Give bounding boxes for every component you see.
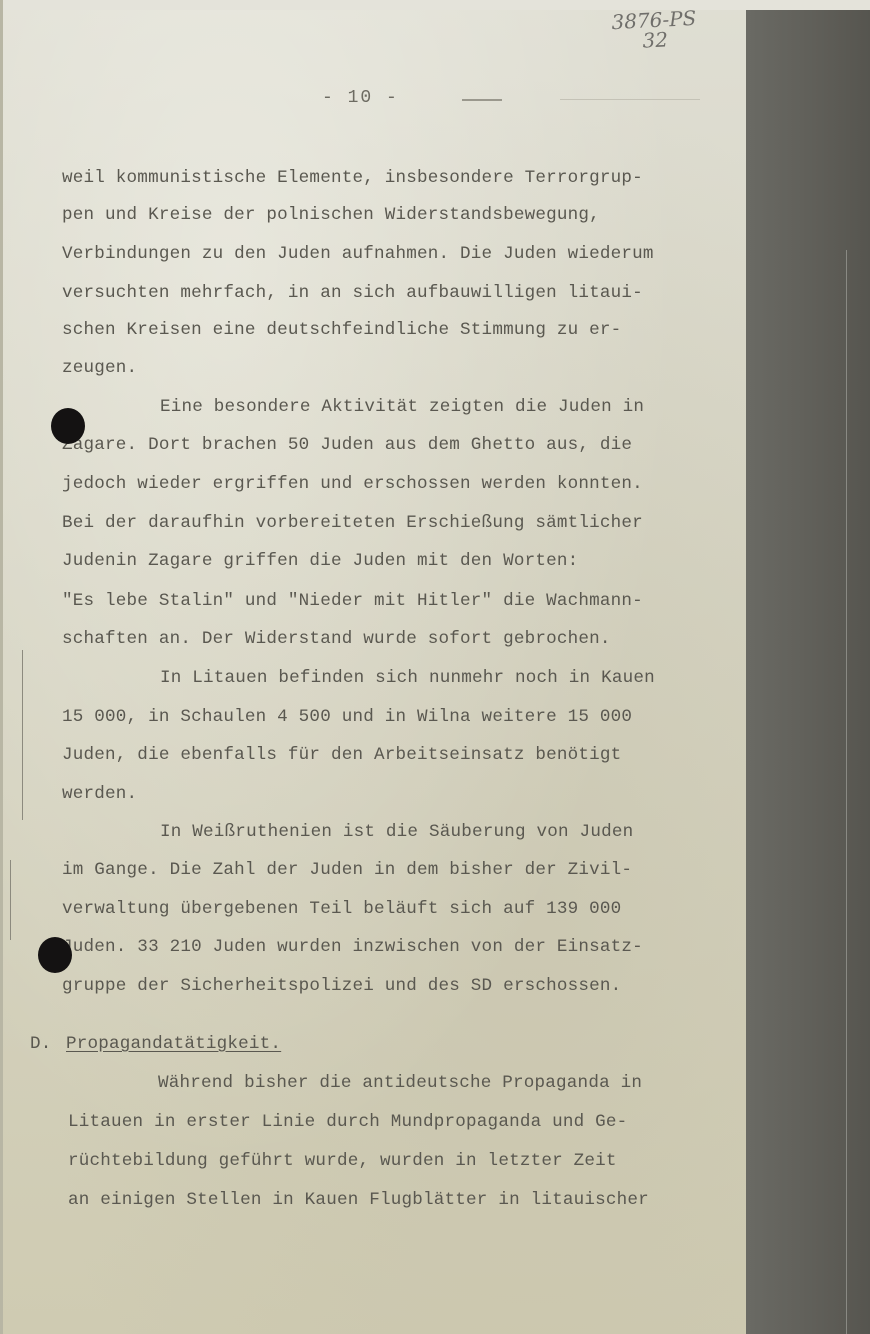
text-line: Litauen in erster Linie durch Mundpropag…: [68, 1112, 627, 1132]
text-line: weil kommunistische Elemente, insbesonde…: [62, 168, 643, 188]
scan-left-edge: [0, 0, 3, 1334]
text-line: Juden, die ebenfalls für den Arbeitseins…: [62, 745, 621, 765]
text-line: werden.: [62, 784, 137, 804]
text-line: In Weißruthenien ist die Säuberung von J…: [160, 822, 633, 842]
text-line: Bei der daraufhin vorbereiteten Erschieß…: [62, 513, 643, 533]
text-line: rüchtebildung geführt wurde, wurden in l…: [68, 1151, 617, 1171]
text-line: versuchten mehrfach, in an sich aufbauwi…: [62, 283, 643, 303]
section-heading: Propagandatätigkeit.: [66, 1034, 281, 1054]
text-line: an einigen Stellen in Kauen Flugblätter …: [68, 1190, 649, 1210]
text-line: Zagare. Dort brachen 50 Juden aus dem Gh…: [62, 435, 632, 455]
scan-top-edge: [0, 0, 870, 10]
text-line: Judenin Zagare griffen die Juden mit den…: [62, 551, 578, 571]
text-line: Juden. 33 210 Juden wurden inzwischen vo…: [62, 937, 643, 957]
text-line: pen und Kreise der polnischen Widerstand…: [62, 205, 600, 225]
text-line: Während bisher die antideutsche Propagan…: [158, 1073, 642, 1093]
text-line: schaften an. Der Widerstand wurde sofort…: [62, 629, 611, 649]
text-line: schen Kreisen eine deutschfeindliche Sti…: [62, 320, 621, 340]
archive-mark: 3876-PS 32: [611, 8, 698, 52]
text-line: zeugen.: [62, 358, 137, 378]
section-letter: D.: [30, 1034, 52, 1054]
text-line: gruppe der Sicherheitspolizei und des SD…: [62, 976, 621, 996]
margin-mark: [10, 860, 11, 940]
document-page: [0, 0, 760, 1334]
text-line: 15 000, in Schaulen 4 500 und in Wilna w…: [62, 707, 632, 727]
margin-mark: [22, 650, 23, 820]
punch-hole: [51, 408, 85, 444]
text-line: "Es lebe Stalin" und "Nieder mit Hitler"…: [62, 591, 643, 611]
text-line: Verbindungen zu den Juden aufnahmen. Die…: [62, 244, 654, 264]
divider: [462, 99, 502, 101]
page-number: - 10 -: [322, 88, 399, 108]
scan-band-line: [846, 250, 847, 1334]
scan-background-band: [746, 10, 870, 1334]
text-line: jedoch wieder ergriffen und erschossen w…: [62, 474, 643, 494]
text-line: verwaltung übergebenen Teil beläuft sich…: [62, 899, 621, 919]
text-line: Eine besondere Aktivität zeigten die Jud…: [160, 397, 644, 417]
text-line: im Gange. Die Zahl der Juden in dem bish…: [62, 860, 632, 880]
divider: [560, 99, 700, 100]
text-line: In Litauen befinden sich nunmehr noch in…: [160, 668, 655, 688]
punch-hole: [38, 937, 72, 973]
